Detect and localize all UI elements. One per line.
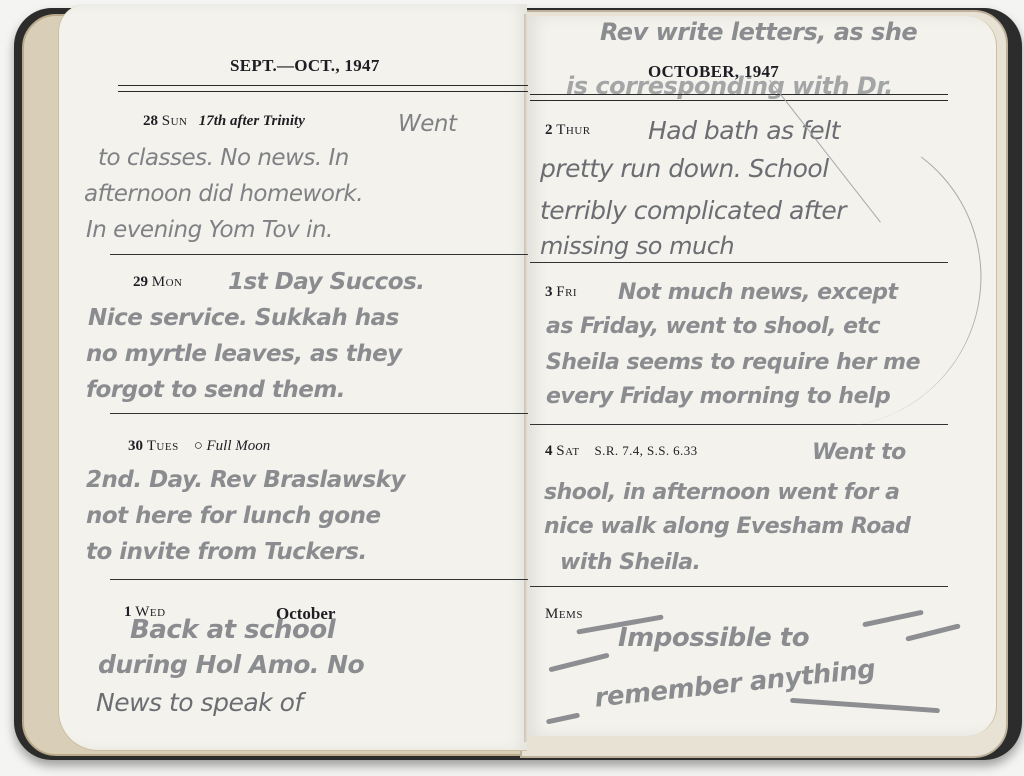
mems-label: Mems — [545, 606, 583, 623]
handwriting-line: News to speak of — [96, 686, 303, 719]
handwriting-line: Back at school — [130, 614, 335, 647]
handwriting-line: during Hol Amo. No — [98, 648, 364, 681]
handwriting-line: afternoon did homework. — [84, 178, 363, 211]
handwriting-line: Nice service. Sukkah has — [88, 302, 399, 335]
margin-handwriting: Rev write letters, as she — [600, 16, 917, 49]
left-page-header: SEPT.—OCT., 1947 — [230, 56, 380, 76]
entry-divider — [530, 586, 948, 587]
header-rule-right — [530, 94, 948, 101]
day-label-29: 29 Mon — [133, 274, 182, 291]
day-label-30: 30 Tues ○ Full Moon — [128, 438, 270, 455]
handwriting-line: shool, in afternoon went for a — [544, 476, 899, 509]
handwriting-line: with Sheila. — [560, 546, 700, 579]
entry-divider — [530, 424, 948, 425]
handwriting-line: not here for lunch gone — [86, 500, 381, 533]
entry-divider — [110, 254, 528, 255]
entry-divider — [110, 579, 528, 580]
handwriting-line: to invite from Tuckers. — [86, 536, 367, 569]
handwriting-line: 1st Day Succos. — [228, 266, 425, 299]
right-page-header: OCTOBER, 1947 — [648, 62, 779, 82]
handwriting-line: Impossible to — [618, 622, 809, 655]
printed-note: ○ Full Moon — [194, 438, 271, 454]
entry-divider — [110, 413, 528, 414]
printed-note: 17th after Trinity — [199, 113, 305, 129]
handwriting-line: Went to — [812, 436, 906, 469]
header-rule-left — [118, 85, 528, 92]
day-label-28: 28 Sun 17th after Trinity — [143, 113, 305, 130]
handwriting-line: 2nd. Day. Rev Braslawsky — [86, 464, 405, 497]
day-label-4: 4 Sat S.R. 7.4, S.S. 6.33 — [545, 443, 698, 460]
handwriting-line: to classes. No news. In — [98, 142, 349, 175]
handwriting-line: Went — [398, 108, 457, 141]
handwriting-line: no myrtle leaves, as they — [86, 338, 402, 371]
day-label-3: 3 Fri — [545, 284, 577, 301]
book-gutter — [524, 14, 528, 742]
handwriting-line: nice walk along Evesham Road — [544, 510, 910, 543]
day-label-2: 2 Thur — [545, 122, 591, 139]
handwriting-line: forgot to send them. — [86, 374, 345, 407]
sunrise-sunset: S.R. 7.4, S.S. 6.33 — [595, 443, 698, 458]
handwriting-line: missing so much — [540, 230, 734, 263]
handwriting-line: In evening Yom Tov in. — [86, 214, 333, 247]
